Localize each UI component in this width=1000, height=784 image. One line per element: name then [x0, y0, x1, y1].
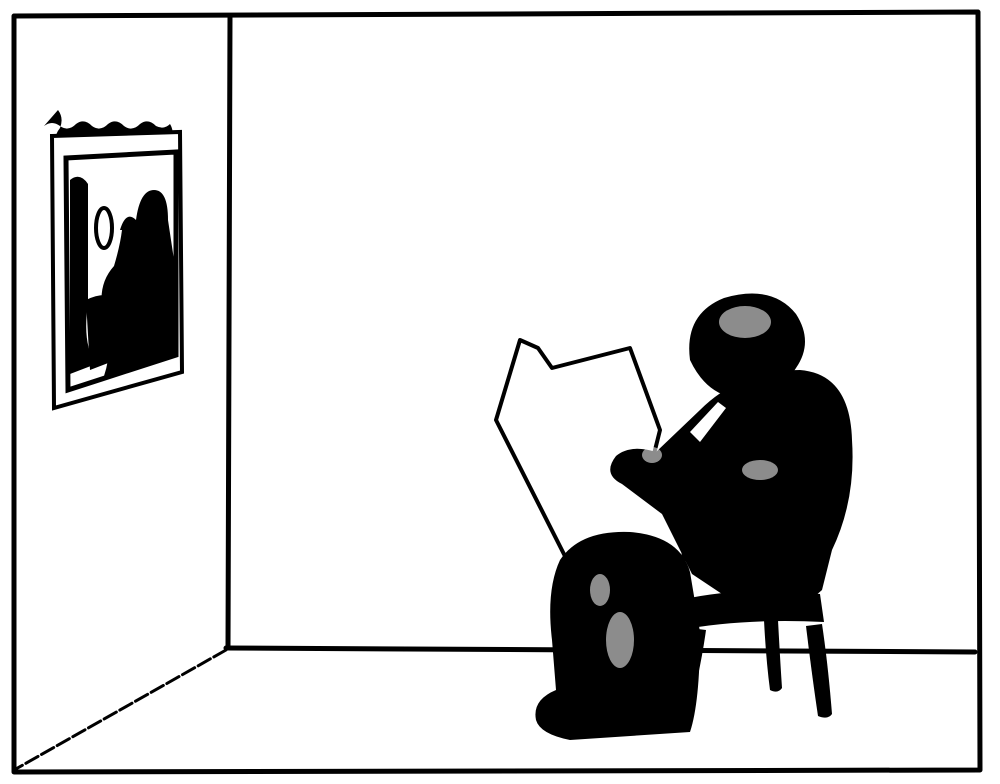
framed-painting [44, 110, 182, 408]
cartoon-illustration [0, 0, 1000, 784]
